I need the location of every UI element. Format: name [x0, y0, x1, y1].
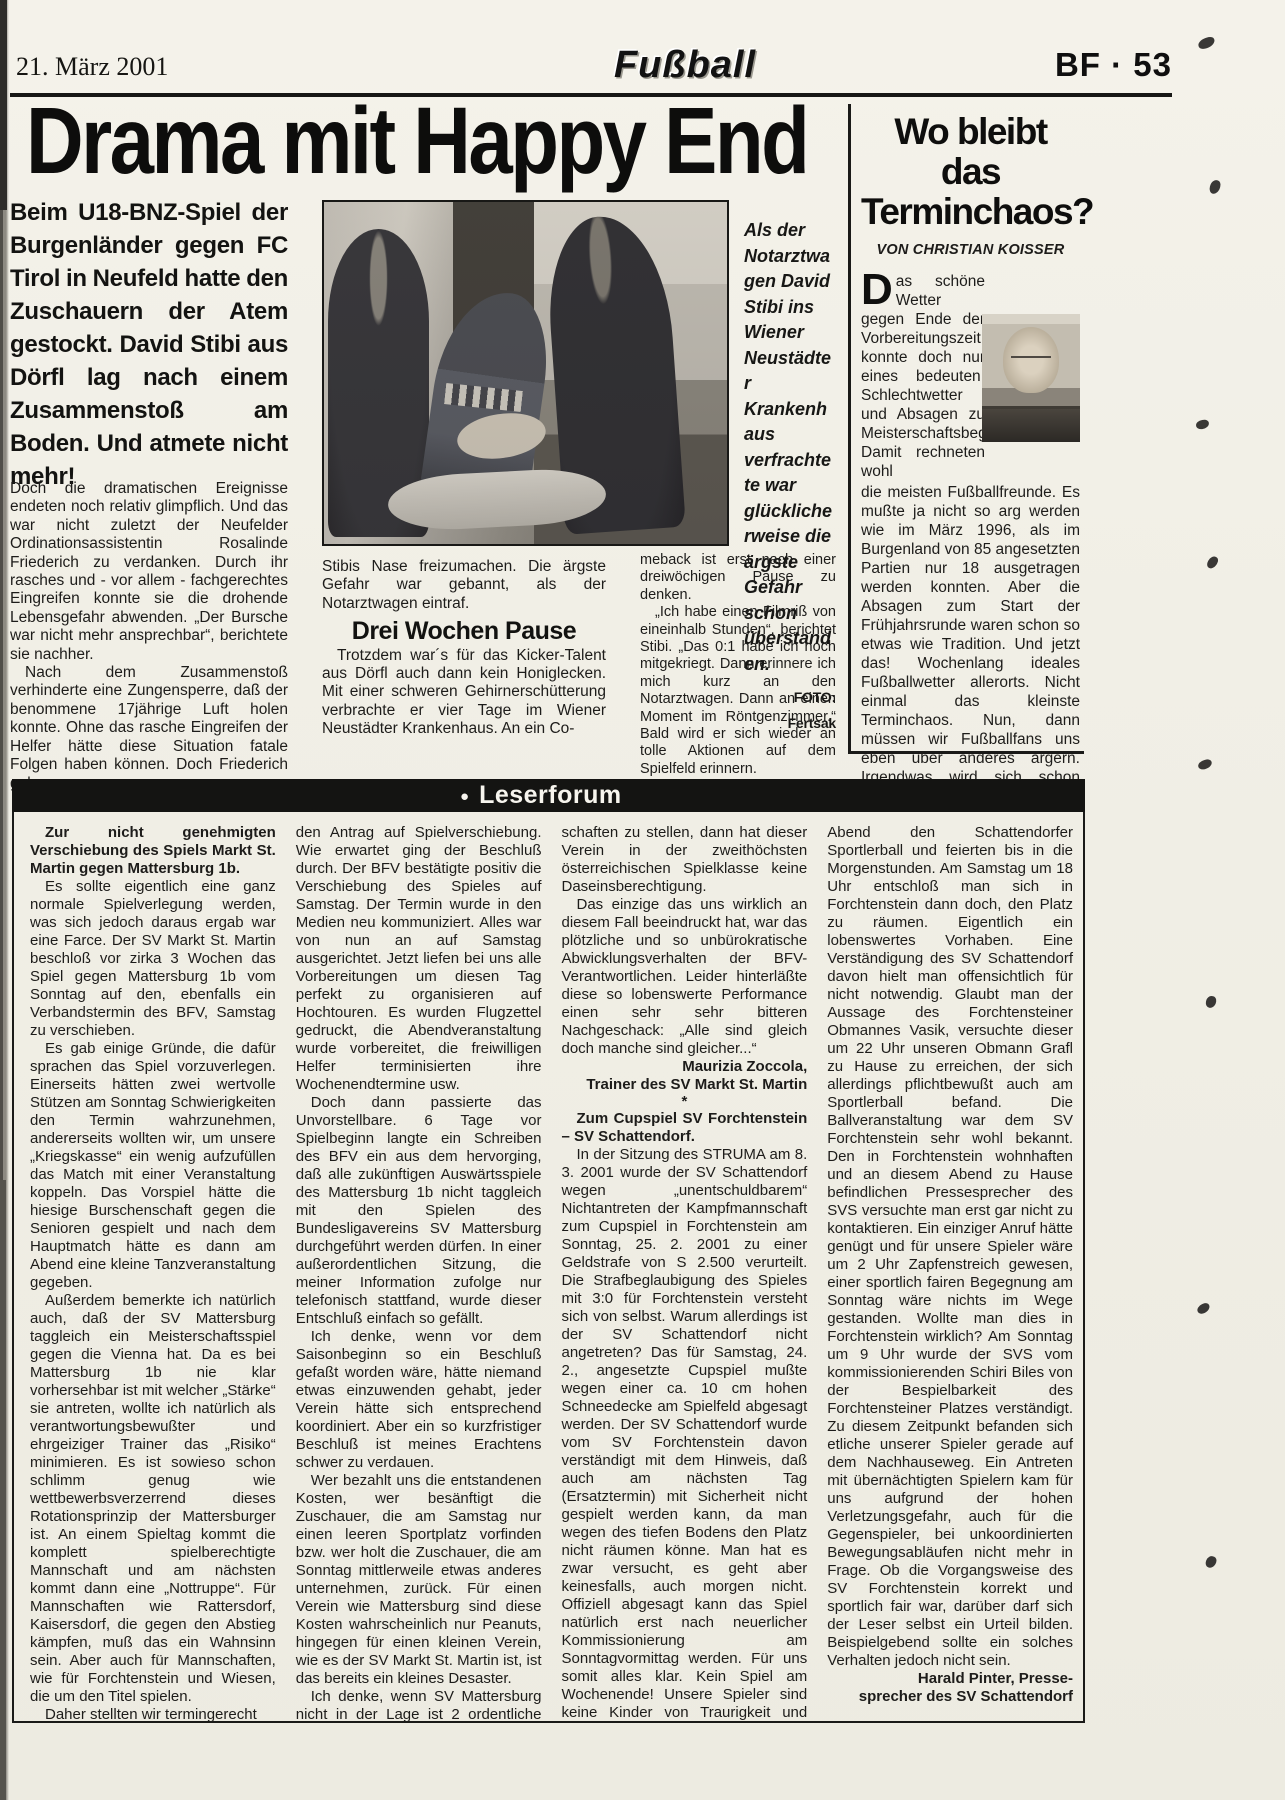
- ink-smudge: [1196, 1302, 1212, 1316]
- letter-column-1: Zur nicht genehmigten Verschiebung des S…: [30, 824, 276, 1723]
- ink-smudge: [1197, 758, 1213, 770]
- ink-smudge: [1195, 419, 1209, 430]
- paragraph: Doch dann passierte das Unvorstellbare. …: [296, 1094, 542, 1328]
- letter-signature: Maurizia Zoccola,: [562, 1058, 808, 1076]
- leserforum-header-bar: ●Leserforum: [12, 779, 1085, 812]
- letter-subject: Zur nicht genehmigten Verschiebung des S…: [30, 824, 276, 878]
- ink-smudge: [1205, 555, 1219, 571]
- paragraph: Außerdem bemerkte ich natürlich auch, da…: [30, 1292, 276, 1706]
- letter-signature: Harald Pinter, Presse-: [827, 1670, 1073, 1688]
- photo-tone-overlay: [324, 202, 727, 544]
- ink-smudge: [1205, 995, 1217, 1009]
- newspaper-page: 21. März 2001 Fußball BF · 53 Drama mit …: [0, 0, 1285, 1800]
- author-suit-shape: [982, 409, 1080, 442]
- paragraph: Daher stellten wir termingerecht: [30, 1706, 276, 1723]
- ink-smudge: [1208, 179, 1221, 195]
- paragraph: den Antrag auf Spielverschiebung. Wie er…: [296, 824, 542, 1094]
- paragraph: Ich denke, wenn SV Mattersburg nicht in …: [296, 1688, 542, 1723]
- paragraph: Trotzdem war´s für das Kicker-Talent aus…: [322, 647, 606, 739]
- paragraph: Nach dem Zusammenstoß verhinderte eine Z…: [10, 664, 288, 793]
- author-photo: [982, 314, 1080, 442]
- scan-edge-dark-top: [0, 0, 7, 210]
- paragraph: Es sollte eigentlich eine ganz normale S…: [30, 878, 276, 1040]
- leserforum-title: Leserforum: [479, 781, 622, 809]
- leserforum-columns: Zur nicht genehmigten Verschiebung des S…: [30, 824, 1073, 1723]
- main-headline: Drama mit Happy End: [26, 94, 807, 189]
- scan-edge-dark-bottom: [0, 1180, 6, 1800]
- paragraph: Abend den Schattendorfer Sportlerball un…: [827, 824, 1073, 1670]
- article-column-2: Stibis Nase freizumachen. Die ärgste Gef…: [322, 558, 606, 739]
- opinion-column: Wo bleibt das Terminchaos? VON CHRISTIAN…: [848, 104, 1084, 754]
- glasses-shape: [1011, 356, 1050, 370]
- paragraph: die meisten Fußballfreunde. Es mußte ja …: [861, 483, 1080, 806]
- bullet-icon: ●: [460, 780, 469, 813]
- letter-signature: Trainer des SV Markt St. Martin: [562, 1076, 808, 1094]
- letter-column-4: Abend den Schattendorfer Sportlerball un…: [827, 824, 1073, 1723]
- paragraph: schaften zu stellen, dann hat dieser Ver…: [562, 824, 808, 896]
- article-lead: Beim U18-BNZ-Spiel der Burgenländer gege…: [10, 196, 288, 493]
- letter-separator: *: [562, 1094, 808, 1110]
- ink-smudge: [1204, 1555, 1218, 1570]
- opinion-body: Das schöne Wetter gegen Ende der Vorbere…: [861, 272, 1080, 806]
- paragraph: meback ist erst nach einer dreiwöchigen …: [640, 552, 836, 604]
- letter-signature: sprecher des SV Schattendorf: [827, 1688, 1073, 1706]
- news-photo: [322, 200, 729, 546]
- ink-smudge: [1197, 35, 1216, 50]
- drop-cap: D: [861, 272, 896, 307]
- opinion-byline: VON CHRISTIAN KOISSER: [861, 242, 1080, 258]
- paragraph: Wer bezahlt uns die entstandenen Kosten,…: [296, 1472, 542, 1688]
- article-column-1: Doch die dramatischen Ereignisse endeten…: [10, 480, 288, 793]
- paragraph: Ich denke, wenn vor dem Saisonbeginn so …: [296, 1328, 542, 1472]
- letter-column-2: den Antrag auf Spielverschiebung. Wie er…: [296, 824, 542, 1723]
- section-title: Fußball: [560, 44, 810, 87]
- paragraph: Das einzige das uns wirklich an diesem F…: [562, 896, 808, 1058]
- paragraph: Das schöne Wetter gegen Ende der Vorbere…: [861, 272, 985, 481]
- page-number: BF · 53: [1055, 46, 1172, 84]
- subheadline: Drei Wochen Pause: [322, 622, 606, 640]
- paragraph: In der Sitzung des STRUMA am 8. 3. 2001 …: [562, 1146, 808, 1723]
- caption-continuation: Stibis Nase freizumachen. Die ärgste Gef…: [322, 558, 606, 613]
- letter-subject: Zum Cupspiel SV Forchtenstein – SV Schat…: [562, 1110, 808, 1146]
- paragraph: Es gab einige Gründe, die dafür sprachen…: [30, 1040, 276, 1292]
- paragraph: „Ich habe einen Filmriß von eineinhalb S…: [640, 604, 836, 778]
- letter-column-3: schaften zu stellen, dann hat dieser Ver…: [562, 824, 808, 1723]
- leserforum-section: Zur nicht genehmigten Verschiebung des S…: [12, 812, 1085, 1723]
- page-date: 21. März 2001: [16, 52, 168, 82]
- article-column-3: meback ist erst nach einer dreiwöchigen …: [640, 552, 836, 778]
- opinion-headline: Wo bleibt das Terminchaos?: [861, 112, 1080, 232]
- paragraph: Doch die dramatischen Ereignisse endeten…: [10, 480, 288, 664]
